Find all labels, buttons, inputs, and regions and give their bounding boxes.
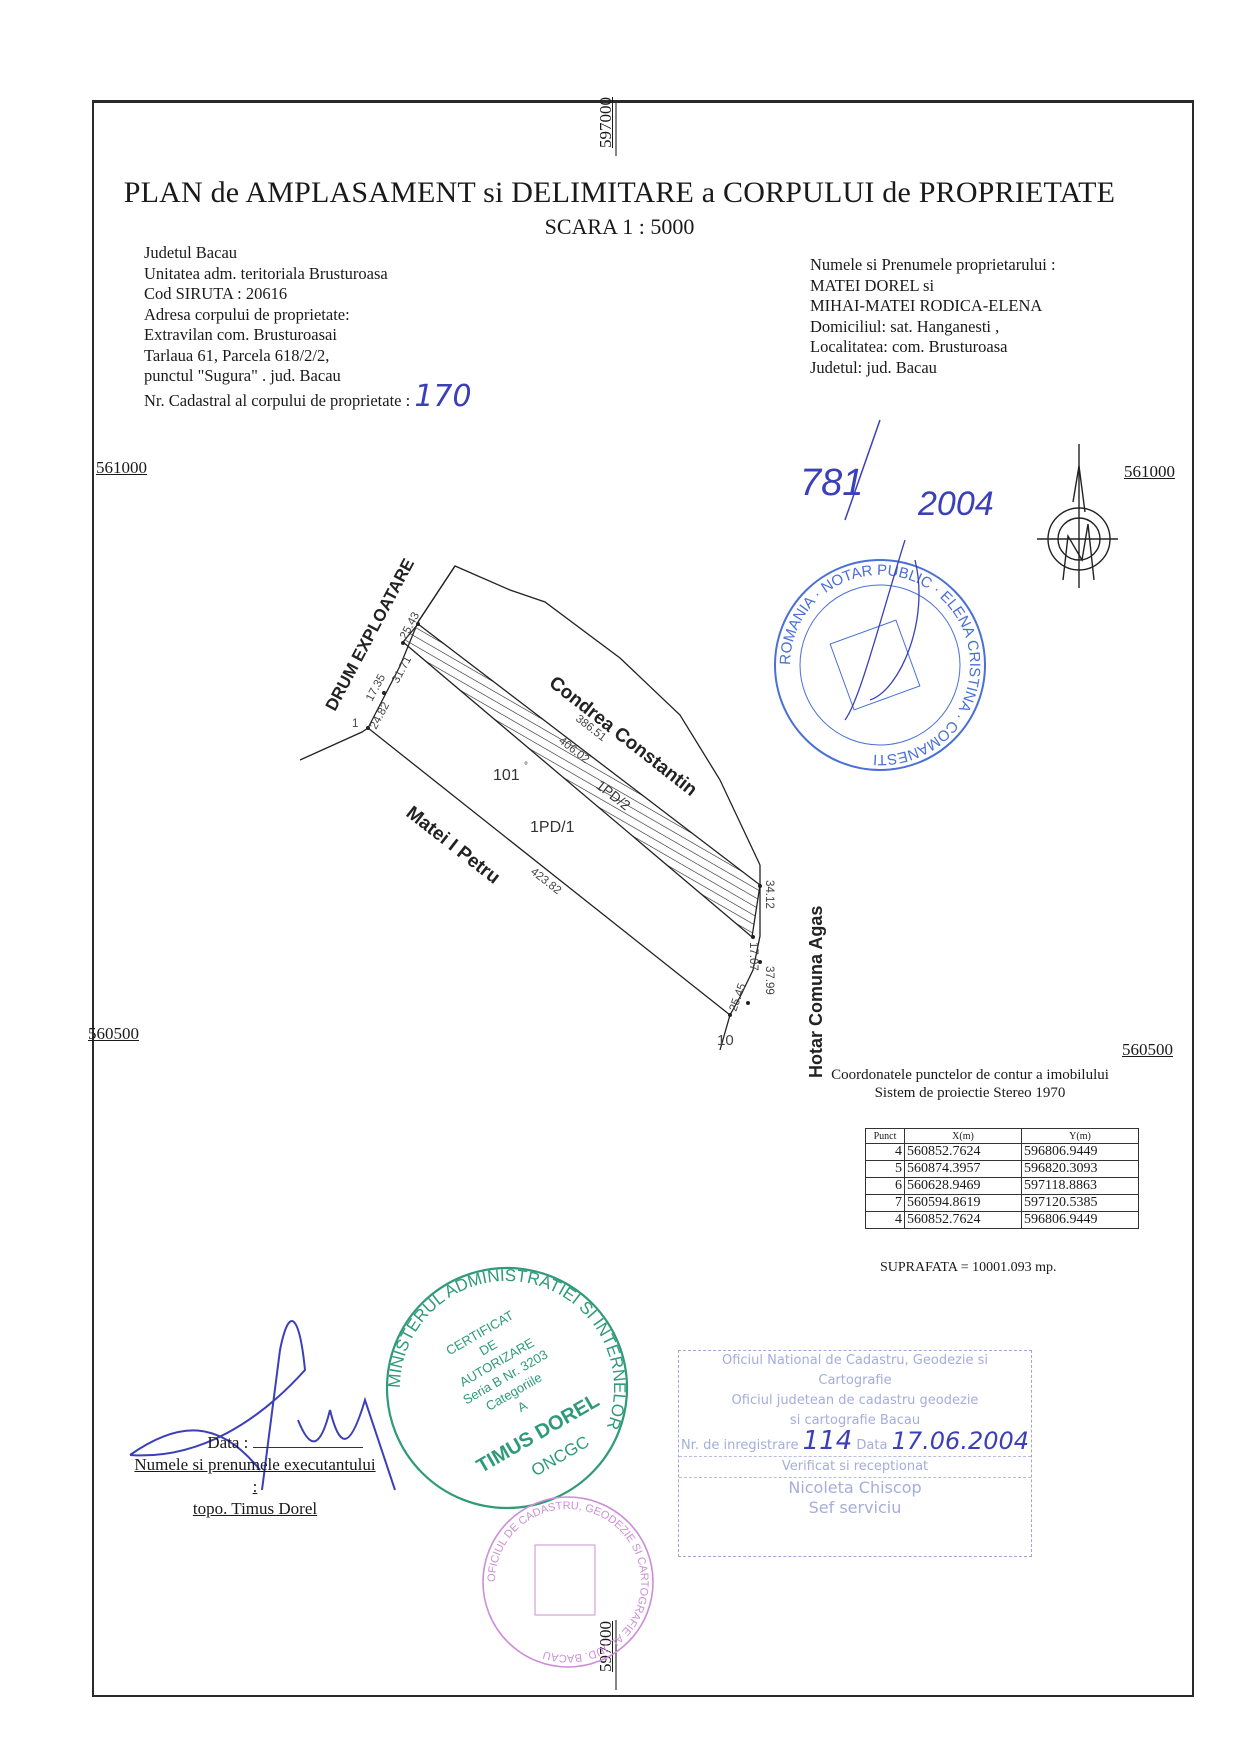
svg-text:Hotar Comuna Agas: Hotar Comuna Agas (806, 906, 826, 1078)
executant-block: Data : Numele si prenumele executantului… (130, 1432, 380, 1520)
svg-text:37.99: 37.99 (763, 966, 775, 995)
svg-text:°: ° (524, 761, 528, 772)
svg-text:31.71: 31.71 (390, 654, 414, 685)
svg-text:1PD/1: 1PD/1 (530, 819, 575, 836)
table-row: 6560628.9469597118.8863 (866, 1178, 1139, 1195)
svg-text:OFICIUL DE CADASTRU, GEODEZIE: OFICIUL DE CADASTRU, GEODEZIE SI CARTOGR… (486, 1500, 650, 1664)
col-punct: Punct (866, 1129, 905, 1144)
svg-text:101: 101 (493, 767, 520, 784)
svg-text:24.82: 24.82 (368, 700, 392, 731)
officer-role: Sef serviciu (679, 1498, 1031, 1518)
svg-text:A: A (515, 1398, 530, 1415)
table-row: 4560852.7624596806.9449 (866, 1144, 1139, 1161)
registration-row: Nr. de inregistrare 114 Data 17.06.2004 (679, 1431, 1031, 1457)
north-arrow-icon (1037, 444, 1118, 588)
svg-text:17.07: 17.07 (747, 942, 759, 971)
table-row: 7560594.8619597120.5385 (866, 1195, 1139, 1212)
svg-text:423.82: 423.82 (528, 866, 563, 897)
svg-text:17.35: 17.35 (364, 672, 388, 703)
area-total: SUPRAFATA = 10001.093 mp. (880, 1260, 1057, 1276)
col-y: Y(m) (1022, 1129, 1139, 1144)
svg-text:34.12: 34.12 (763, 880, 775, 909)
table-row: 4560852.7624596806.9449 (866, 1212, 1139, 1229)
date-label: Data : (207, 1433, 248, 1452)
executant-label: Numele si prenumele executantului : (130, 1454, 380, 1498)
col-x: X(m) (905, 1129, 1022, 1144)
notary-stamp (775, 560, 985, 770)
svg-text:781: 781 (800, 462, 863, 504)
table-row: 5560874.3957596820.3093 (866, 1161, 1139, 1178)
officer-name: Nicoleta Chiscop (679, 1478, 1031, 1498)
registration-number: 114 (803, 1426, 853, 1456)
svg-text:ROMANIA · NOTAR PUBLIC · ELENA: ROMANIA · NOTAR PUBLIC · ELENA CRISTINA … (777, 562, 983, 768)
coordinates-caption: Coordonatele punctelor de contur a imobi… (820, 1066, 1120, 1102)
registration-date: 17.06.2004 (892, 1427, 1029, 1455)
svg-text:25.45: 25.45 (728, 982, 749, 1013)
coordinates-table: Punct X(m) Y(m) 4560852.7624596806.94495… (865, 1128, 1139, 1229)
cadastre-office-stamp (483, 1497, 653, 1667)
svg-text:2004: 2004 (917, 485, 994, 523)
executant-name: topo. Timus Dorel (130, 1498, 380, 1520)
registration-stamp: Oficiul National de Cadastru, Geodezie s… (678, 1350, 1032, 1557)
svg-text:Matei I Petru: Matei I Petru (402, 802, 504, 888)
svg-text:1: 1 (352, 718, 358, 730)
svg-text:10: 10 (717, 1032, 734, 1049)
